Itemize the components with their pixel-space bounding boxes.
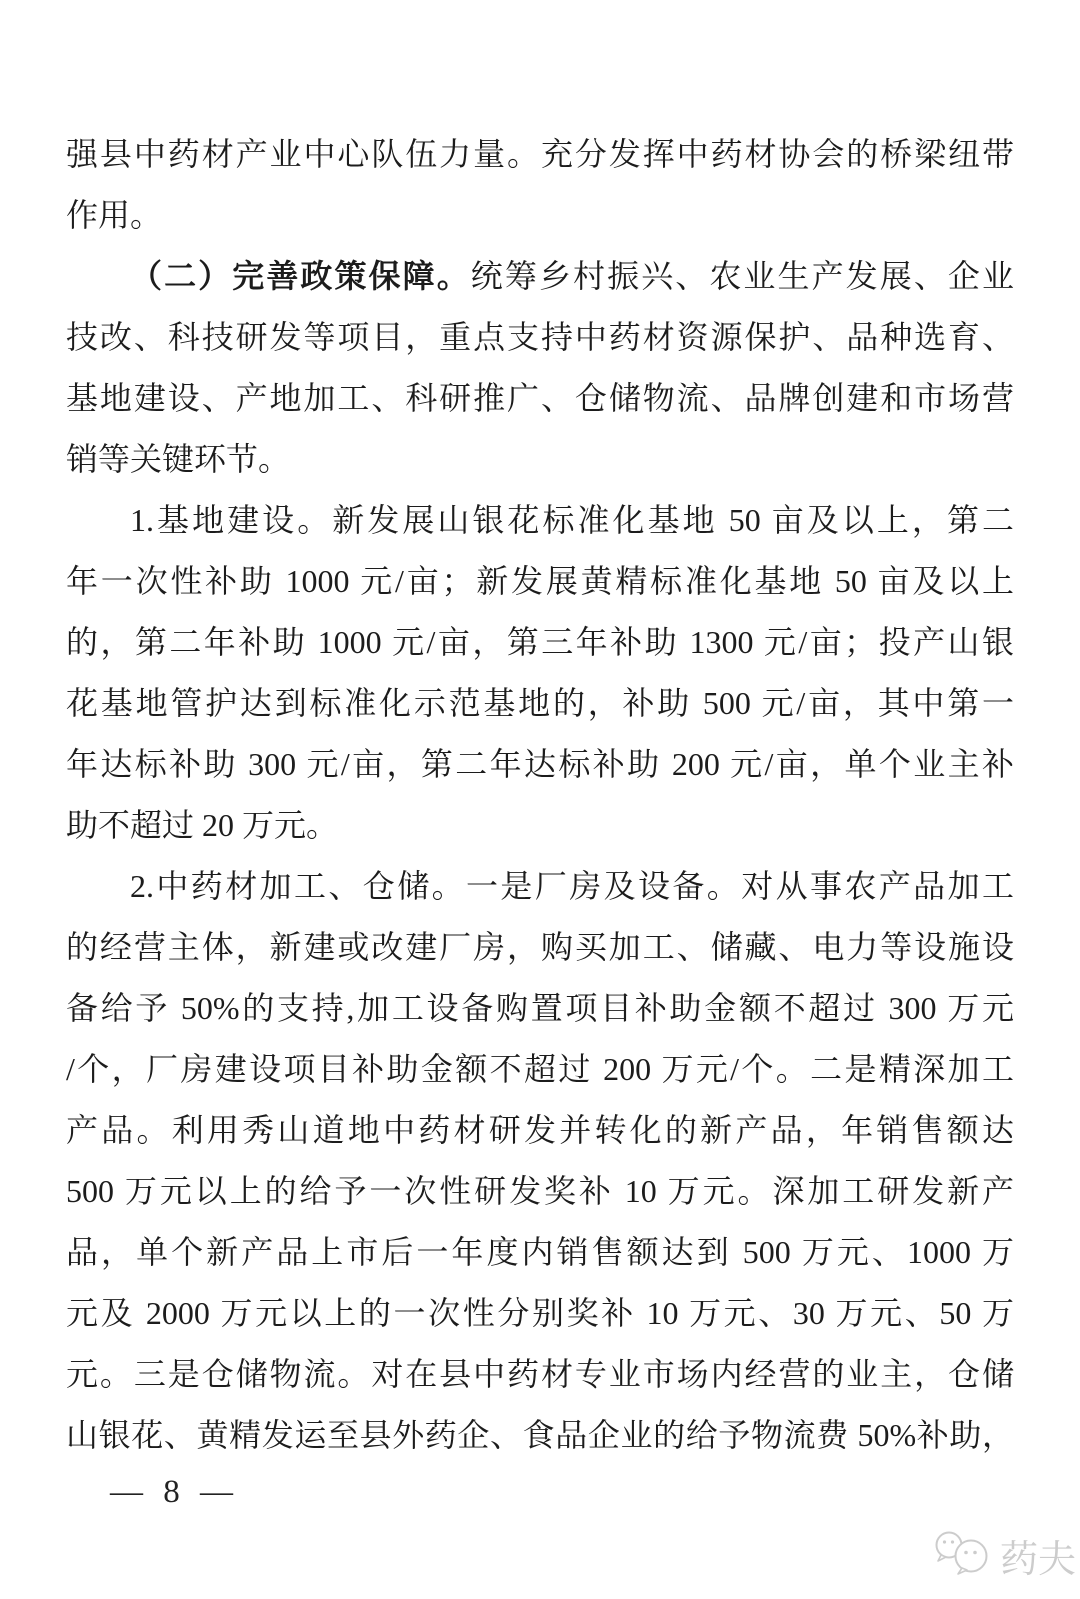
body-text: 备给予 50%的支持,加工设备购置项目补助金额不超过 300 万元 (66, 990, 1014, 1026)
text-line: 作用。 (66, 185, 1014, 246)
body-text: 品，单个新产品上市后一年度内销售额达到 500 万元、1000 万 (66, 1234, 1014, 1270)
text-line: 山银花、黄精发运至县外药企、食品企业的给予物流费 50%补助， (66, 1405, 1014, 1466)
text-line: 2.中药材加工、仓储。一是厂房及设备。对从事农产品加工 (66, 856, 1014, 917)
page-number: — 8 — (110, 1474, 239, 1511)
text-line: 500 万元以上的给予一次性研发奖补 10 万元。深加工研发新产 (66, 1161, 1014, 1222)
body-text: 助不超过 20 万元。 (66, 807, 338, 843)
body-text: 1.基地建设。新发展山银花标准化基地 50 亩及以上，第二 (130, 502, 1014, 538)
text-line: 花基地管护达到标准化示范基地的，补助 500 元/亩，其中第一 (66, 673, 1014, 734)
body-text: 年达标补助 300 元/亩，第二年达标补助 200 元/亩，单个业主补 (66, 746, 1014, 782)
body-text: 基地建设、产地加工、科研推广、仓储物流、品牌创建和市场营 (66, 380, 1014, 416)
body-text: 产品。利用秀山道地中药材研发并转化的新产品，年销售额达 (66, 1112, 1014, 1148)
body-text: 500 万元以上的给予一次性研发奖补 10 万元。深加工研发新产 (66, 1173, 1014, 1209)
body-text: 花基地管护达到标准化示范基地的，补助 500 元/亩，其中第一 (66, 685, 1014, 721)
text-line: 元。三是仓储物流。对在县中药材专业市场内经营的业主，仓储 (66, 1344, 1014, 1405)
text-line: 基地建设、产地加工、科研推广、仓储物流、品牌创建和市场营 (66, 368, 1014, 429)
body-text: 2.中药材加工、仓储。一是厂房及设备。对从事农产品加工 (130, 868, 1014, 904)
body-text: 统筹乡村振兴、农业生产发展、企业 (471, 258, 1014, 294)
text-line: 品，单个新产品上市后一年度内销售额达到 500 万元、1000 万 (66, 1222, 1014, 1283)
text-line: 年一次性补助 1000 元/亩；新发展黄精标准化基地 50 亩及以上 (66, 551, 1014, 612)
document-body: 强县中药材产业中心队伍力量。充分发挥中药材协会的桥梁纽带作用。（二）完善政策保障… (66, 124, 1014, 1466)
text-line: 销等关键环节。 (66, 429, 1014, 490)
text-line: 的，第二年补助 1000 元/亩，第三年补助 1300 元/亩；投产山银 (66, 612, 1014, 673)
text-line: （二）完善政策保障。统筹乡村振兴、农业生产发展、企业 (66, 246, 1014, 307)
body-text: 元及 2000 万元以上的一次性分别奖补 10 万元、30 万元、50 万 (66, 1295, 1014, 1331)
body-text: 的经营主体，新建或改建厂房，购买加工、储藏、电力等设施设 (66, 929, 1014, 965)
body-text: /个，厂房建设项目补助金额不超过 200 万元/个。二是精深加工 (66, 1051, 1014, 1087)
wechat-logo-icon (932, 1530, 994, 1581)
text-line: 的经营主体，新建或改建厂房，购买加工、储藏、电力等设施设 (66, 917, 1014, 978)
text-line: 技改、科技研发等项目，重点支持中药材资源保护、品种选育、 (66, 307, 1014, 368)
body-text: 山银花、黄精发运至县外药企、食品企业的给予物流费 50%补助， (66, 1417, 1014, 1453)
body-text: 销等关键环节。 (66, 441, 290, 477)
body-text: 作用。 (66, 197, 162, 233)
text-line: 1.基地建设。新发展山银花标准化基地 50 亩及以上，第二 (66, 490, 1014, 551)
body-text: 强县中药材产业中心队伍力量。充分发挥中药材协会的桥梁纽带 (66, 136, 1014, 172)
text-line: /个，厂房建设项目补助金额不超过 200 万元/个。二是精深加工 (66, 1039, 1014, 1100)
body-text: 元。三是仓储物流。对在县中药材专业市场内经营的业主，仓储 (66, 1356, 1014, 1392)
body-text: 年一次性补助 1000 元/亩；新发展黄精标准化基地 50 亩及以上 (66, 563, 1014, 599)
heading-text: （二）完善政策保障。 (130, 258, 471, 294)
text-line: 年达标补助 300 元/亩，第二年达标补助 200 元/亩，单个业主补 (66, 734, 1014, 795)
text-line: 助不超过 20 万元。 (66, 795, 1014, 856)
text-line: 备给予 50%的支持,加工设备购置项目补助金额不超过 300 万元 (66, 978, 1014, 1039)
text-line: 强县中药材产业中心队伍力量。充分发挥中药材协会的桥梁纽带 (66, 124, 1014, 185)
watermark: 药夫 (932, 1528, 1076, 1583)
body-text: 技改、科技研发等项目，重点支持中药材资源保护、品种选育、 (66, 319, 1014, 355)
text-line: 元及 2000 万元以上的一次性分别奖补 10 万元、30 万元、50 万 (66, 1283, 1014, 1344)
body-text: 的，第二年补助 1000 元/亩，第三年补助 1300 元/亩；投产山银 (66, 624, 1014, 660)
watermark-text: 药夫 (1000, 1528, 1076, 1583)
document-page: 强县中药材产业中心队伍力量。充分发挥中药材协会的桥梁纽带作用。（二）完善政策保障… (0, 0, 1080, 1599)
text-line: 产品。利用秀山道地中药材研发并转化的新产品，年销售额达 (66, 1100, 1014, 1161)
